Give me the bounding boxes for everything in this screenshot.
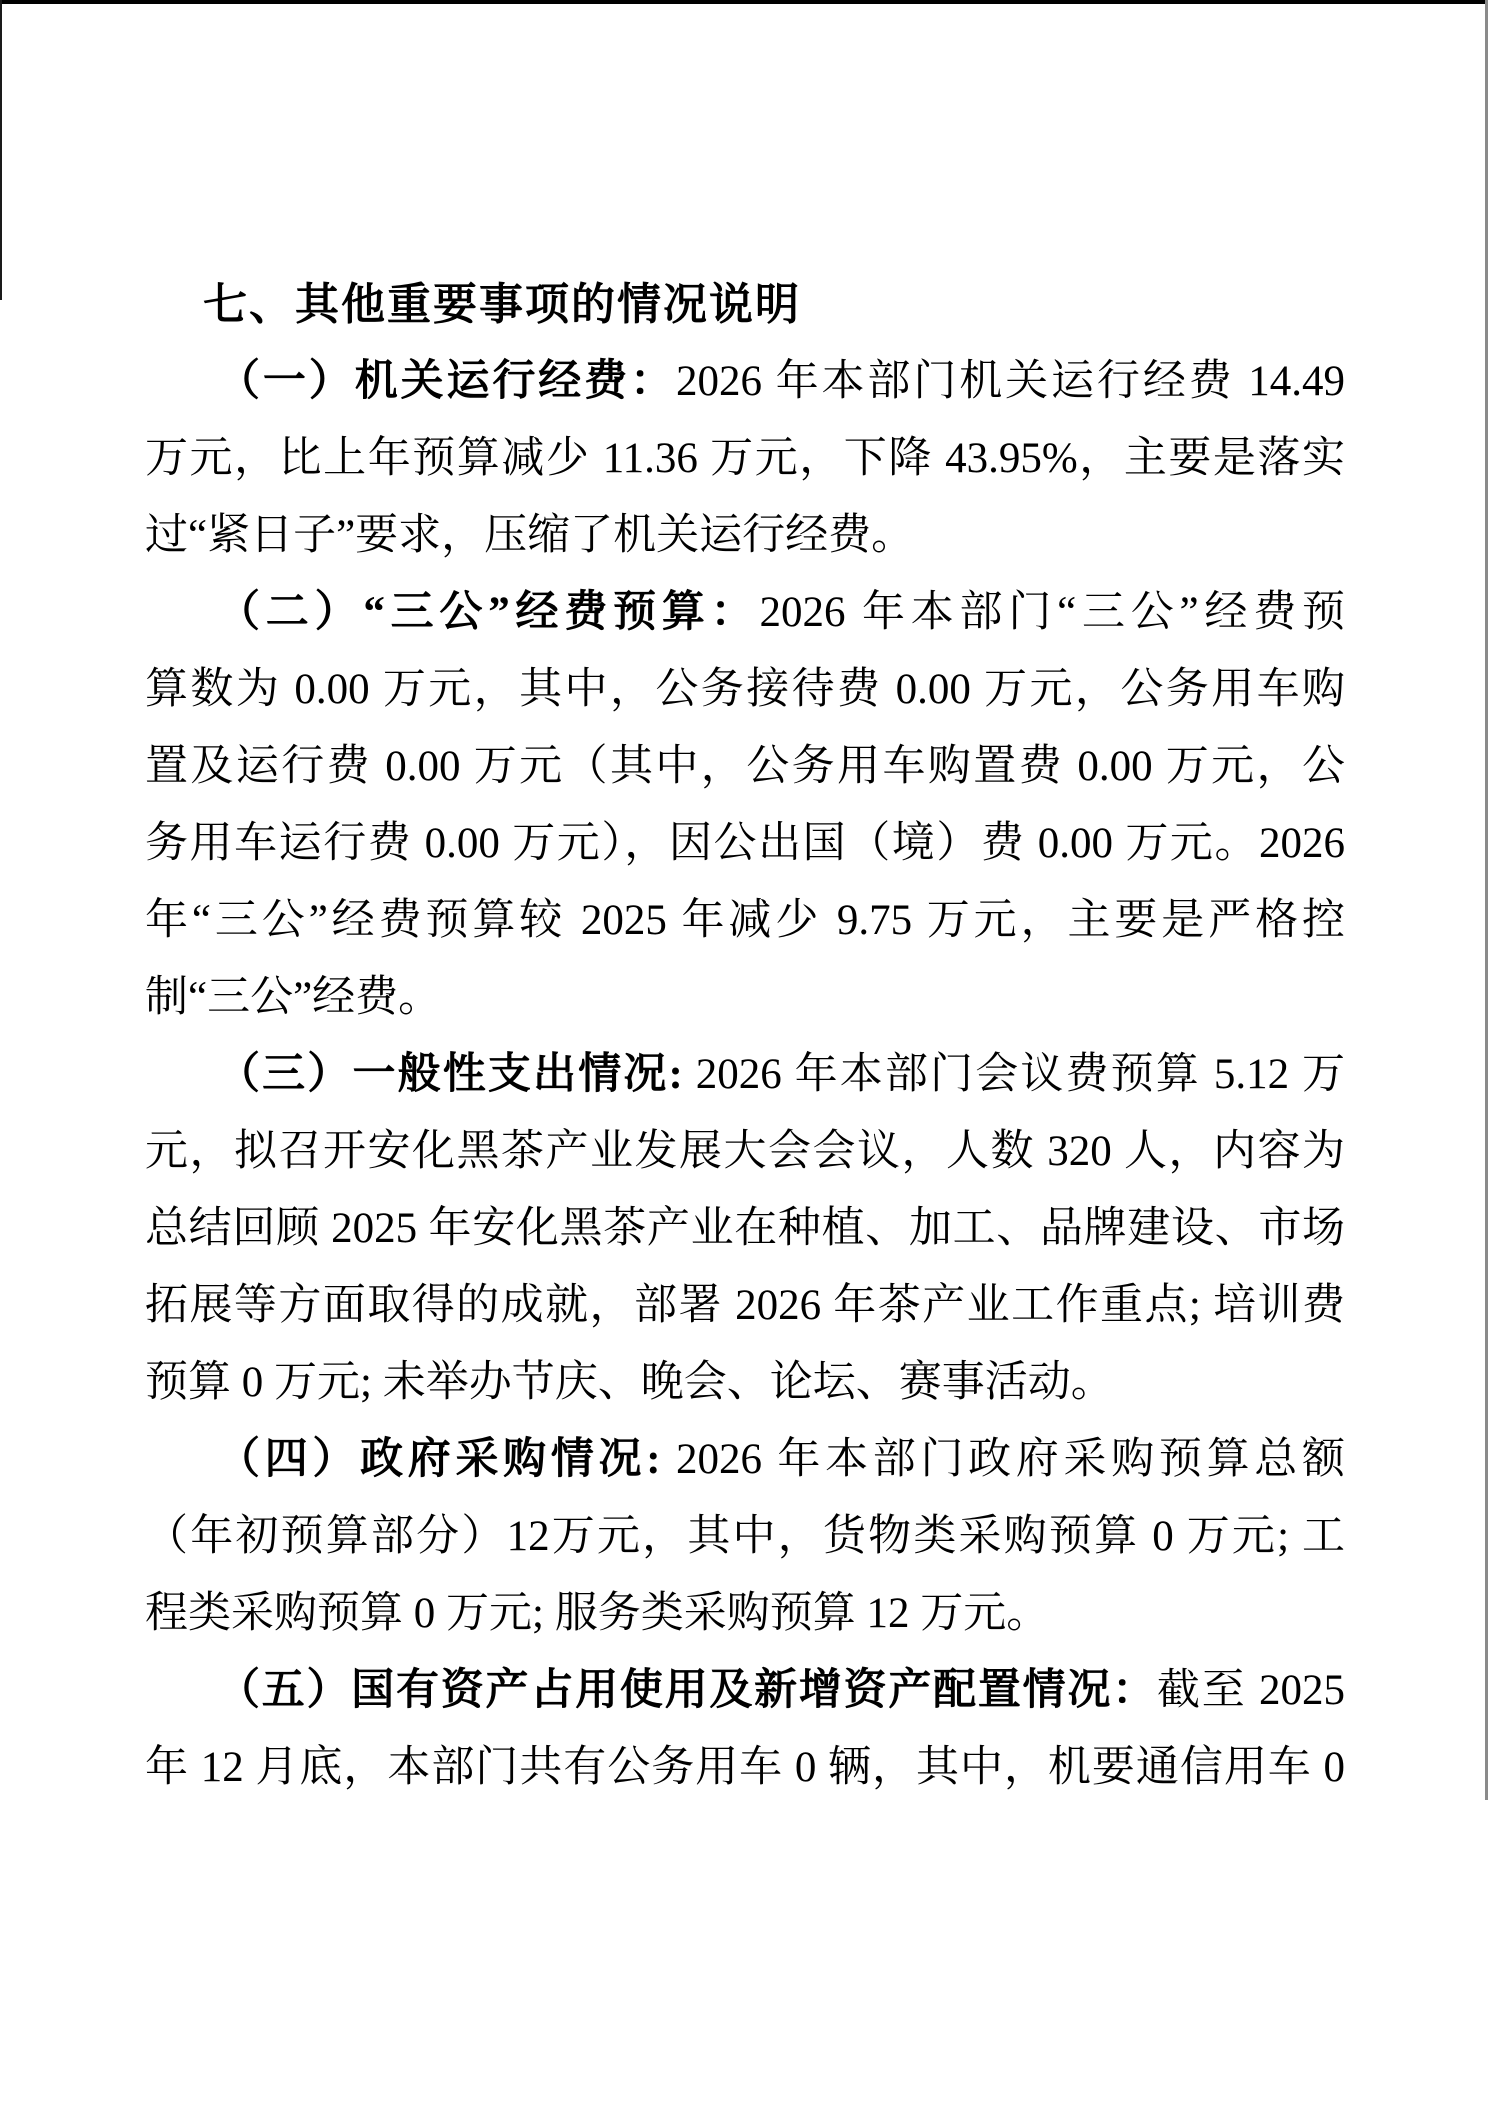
paragraph-text: 务用车运行费 0.00 万元），因公出国（境）费 0.00 万元。2026 bbox=[145, 820, 1345, 867]
paragraph-text: 2026 年本部门机关运行经费 14.49 bbox=[676, 358, 1345, 405]
text-line: 算数为 0.00 万元，其中，公务接待费 0.00 万元，公务用车购 bbox=[145, 651, 1345, 728]
paragraph-text: 预算 0 万元; 未举办节庆、晚会、论坛、赛事活动。 bbox=[145, 1359, 1114, 1406]
paragraph-text: 程类采购预算 0 万元; 服务类采购预算 12 万元。 bbox=[145, 1590, 1049, 1637]
paragraph-text: 2026 年本部门政府采购预算总额 bbox=[661, 1436, 1345, 1483]
text-line: （五）国有资产占用使用及新增资产配置情况：截至 2025 bbox=[145, 1652, 1345, 1729]
paragraph-text: 截至 2025 bbox=[1157, 1667, 1345, 1714]
paragraph-lead: （二）“三公”经费预算： bbox=[217, 589, 759, 636]
text-line: 务用车运行费 0.00 万元），因公出国（境）费 0.00 万元。2026 bbox=[145, 805, 1345, 882]
paragraph-text: 年“三公”经费预算较 2025 年减少 9.75 万元，主要是严格控 bbox=[145, 897, 1345, 944]
section-heading: 七、其他重要事项的情况说明 bbox=[145, 266, 1345, 343]
paragraph-lead: （三）一般性支出情况: bbox=[217, 1051, 683, 1098]
text-line: 总结回顾 2025 年安化黑茶产业在种植、加工、品牌建设、市场 bbox=[145, 1190, 1345, 1267]
text-line: 万元，比上年预算减少 11.36 万元，下降 43.95%，主要是落实 bbox=[145, 420, 1345, 497]
text-line: 程类采购预算 0 万元; 服务类采购预算 12 万元。 bbox=[145, 1575, 1345, 1652]
paragraph-text: 过“紧日子”要求，压缩了机关运行经费。 bbox=[145, 512, 914, 559]
text-line: 年“三公”经费预算较 2025 年减少 9.75 万元，主要是严格控 bbox=[145, 882, 1345, 959]
text-line: 元，拟召开安化黑茶产业发展大会会议，人数 320 人，内容为 bbox=[145, 1113, 1345, 1190]
paragraph-text: 2026 年本部门“三公”经费预 bbox=[759, 589, 1345, 636]
paragraph-text: 万元，比上年预算减少 11.36 万元，下降 43.95%，主要是落实 bbox=[145, 435, 1345, 482]
paragraph-text: 总结回顾 2025 年安化黑茶产业在种植、加工、品牌建设、市场 bbox=[145, 1205, 1345, 1252]
text-line: 预算 0 万元; 未举办节庆、晚会、论坛、赛事活动。 bbox=[145, 1344, 1345, 1421]
paragraph-lead: （四）政府采购情况: bbox=[217, 1436, 661, 1483]
text-line: 年 12 月底，本部门共有公务用车 0 辆，其中，机要通信用车 0 bbox=[145, 1729, 1345, 1806]
paragraph-text: 拓展等方面取得的成就，部署 2026 年茶产业工作重点; 培训费 bbox=[145, 1282, 1345, 1329]
paragraph-text: 2026 年本部门会议费预算 5.12 万 bbox=[683, 1051, 1345, 1098]
paragraph-text: 置及运行费 0.00 万元（其中，公务用车购置费 0.00 万元，公 bbox=[145, 743, 1345, 790]
paragraph-text: 年 12 月底，本部门共有公务用车 0 辆，其中，机要通信用车 0 bbox=[145, 1744, 1345, 1791]
text-line: （年初预算部分）12万元，其中，货物类采购预算 0 万元; 工 bbox=[145, 1498, 1345, 1575]
text-line: 置及运行费 0.00 万元（其中，公务用车购置费 0.00 万元，公 bbox=[145, 728, 1345, 805]
text-line: 制“三公”经费。 bbox=[145, 959, 1345, 1036]
paragraph-text: 制“三公”经费。 bbox=[145, 974, 441, 1021]
text-line: （二）“三公”经费预算：2026 年本部门“三公”经费预 bbox=[145, 574, 1345, 651]
paragraph-text: 元，拟召开安化黑茶产业发展大会会议，人数 320 人，内容为 bbox=[145, 1128, 1345, 1175]
paragraph-lead: （五）国有资产占用使用及新增资产配置情况： bbox=[217, 1667, 1157, 1714]
page-top-edge bbox=[0, 0, 1488, 4]
text-line: 拓展等方面取得的成就，部署 2026 年茶产业工作重点; 培训费 bbox=[145, 1267, 1345, 1344]
document-body: 七、其他重要事项的情况说明 （一）机关运行经费：2026 年本部门机关运行经费 … bbox=[145, 266, 1345, 1806]
text-line: 过“紧日子”要求，压缩了机关运行经费。 bbox=[145, 497, 1345, 574]
text-line: （三）一般性支出情况: 2026 年本部门会议费预算 5.12 万 bbox=[145, 1036, 1345, 1113]
paragraph-text: （年初预算部分）12万元，其中，货物类采购预算 0 万元; 工 bbox=[145, 1513, 1345, 1560]
document-page: 七、其他重要事项的情况说明 （一）机关运行经费：2026 年本部门机关运行经费 … bbox=[0, 0, 1488, 2104]
text-line: （四）政府采购情况: 2026 年本部门政府采购预算总额 bbox=[145, 1421, 1345, 1498]
page-left-edge bbox=[0, 0, 2, 300]
text-line: （一）机关运行经费：2026 年本部门机关运行经费 14.49 bbox=[145, 343, 1345, 420]
paragraph-lead: （一）机关运行经费： bbox=[217, 358, 676, 405]
paragraph-text: 算数为 0.00 万元，其中，公务接待费 0.00 万元，公务用车购 bbox=[145, 666, 1345, 713]
